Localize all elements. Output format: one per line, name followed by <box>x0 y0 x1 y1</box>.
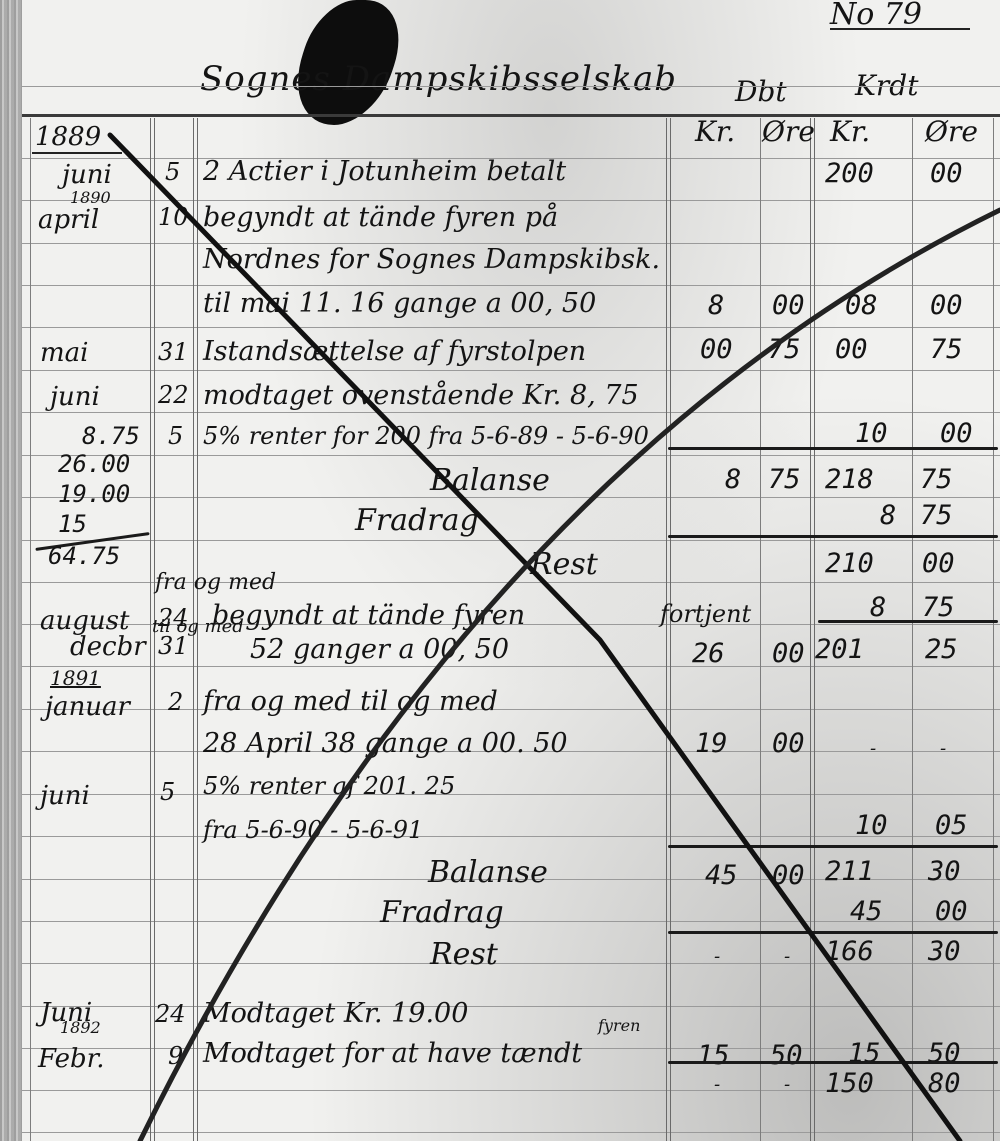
cancellation-cross-icon <box>0 0 1000 1141</box>
ledger-page: No 79 Sognes Dampskibsselskab Dbt Krdt K… <box>0 0 1000 1141</box>
